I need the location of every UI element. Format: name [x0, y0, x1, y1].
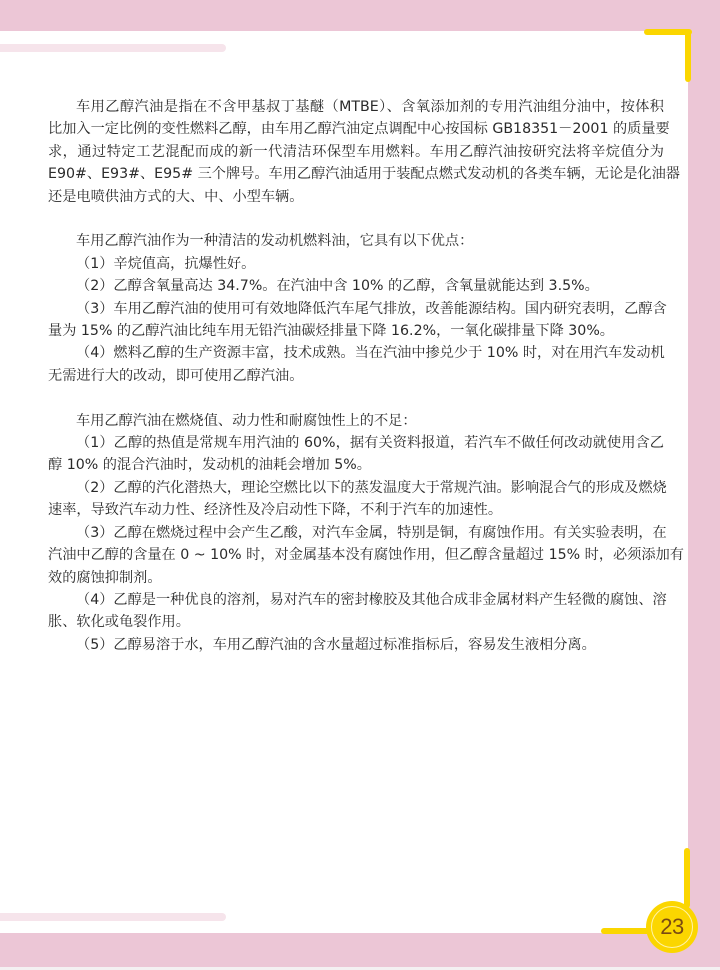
text-line: 求，通过特定工艺混配而成的新一代清洁环保型车用燃料。车用乙醇汽油按研究法将辛烷值…: [48, 141, 664, 163]
bottom-decorative-bar: [0, 913, 226, 921]
page-number: 23: [660, 914, 683, 940]
list-item: （2）乙醇的汽化潜热大，理论空燃比以下的蒸发温度大于常规汽油。影响混合气的形成及…: [48, 477, 664, 499]
text-line: E90#、E93#、E95# 三个牌号。车用乙醇汽油适用于装配点燃式发动机的各类…: [48, 163, 664, 185]
list-item-continued: 效的腐蚀抑制剂。: [48, 567, 664, 589]
top-frame-band: [0, 0, 720, 31]
list-item-continued: 速率，导致汽车动力性、经济性及冷启动性下降，不利于汽车的加速性。: [48, 499, 664, 521]
list-item-continued: 胀、软化或龟裂作用。: [48, 611, 664, 633]
paragraph-disadvantages: 车用乙醇汽油在燃烧值、动力性和耐腐蚀性上的不足： （1）乙醇的热值是常规车用汽油…: [48, 410, 664, 656]
section-intro: 车用乙醇汽油在燃烧值、动力性和耐腐蚀性上的不足：: [48, 410, 664, 432]
list-item-continued: 量为 15% 的乙醇汽油比纯车用无铅汽油碳烃排量下降 16.2%，一氧化碳排量下…: [48, 320, 664, 342]
text-line: 还是电喷供油方式的大、中、小型车辆。: [48, 186, 664, 208]
page-number-badge: 23: [646, 901, 698, 953]
list-item: （1）乙醇的热值是常规车用汽油的 60%，据有关资料报道，若汽车不做任何改动就使…: [48, 432, 664, 454]
corner-bracket-top-vertical: [685, 29, 691, 82]
list-item: （4）燃料乙醇的生产资源丰富，技术成熟。当在汽油中掺兑少于 10% 时，对在用汽…: [48, 342, 664, 364]
list-item: （1）辛烷值高，抗爆性好。: [48, 253, 664, 275]
text-line: 车用乙醇汽油是指在不含甲基叔丁基醚（MTBE）、含氧添加剂的专用汽油组分油中，按…: [48, 96, 664, 118]
top-decorative-bar: [0, 44, 226, 52]
paragraph-definition: 车用乙醇汽油是指在不含甲基叔丁基醚（MTBE）、含氧添加剂的专用汽油组分油中，按…: [48, 96, 664, 208]
list-item: （4）乙醇是一种优良的溶剂，易对汽车的密封橡胶及其他合成非金属材料产生轻微的腐蚀…: [48, 589, 664, 611]
list-item: （2）乙醇含氧量高达 34.7%。在汽油中含 10% 的乙醇，含氧量就能达到 3…: [48, 275, 664, 297]
paragraph-advantages: 车用乙醇汽油作为一种清洁的发动机燃料油，它具有以下优点： （1）辛烷值高，抗爆性…: [48, 230, 664, 387]
list-item: （3）乙醇在燃烧过程中会产生乙酸，对汽车金属，特别是铜，有腐蚀作用。有关实验表明…: [48, 522, 664, 544]
article-body: 车用乙醇汽油是指在不含甲基叔丁基醚（MTBE）、含氧添加剂的专用汽油组分油中，按…: [48, 96, 664, 679]
list-item-continued: 汽油中乙醇的含量在 0 ~ 10% 时，对金属基本没有腐蚀作用，但乙醇含量超过 …: [48, 544, 664, 566]
text-line: 比加入一定比例的变性燃料乙醇，由车用乙醇汽油定点调配中心按国标 GB18351－…: [48, 118, 664, 140]
page-number-ring: 23: [651, 906, 693, 948]
list-item: （5）乙醇易溶于水，车用乙醇汽油的含水量超过标准指标后，容易发生液相分离。: [48, 634, 664, 656]
bottom-frame-band: [0, 933, 720, 967]
corner-bracket-bottom-vertical: [684, 848, 690, 908]
list-item: （3）车用乙醇汽油的使用可有效地降低汽车尾气排放，改善能源结构。国内研究表明，乙…: [48, 298, 664, 320]
section-intro: 车用乙醇汽油作为一种清洁的发动机燃料油，它具有以下优点：: [48, 230, 664, 252]
list-item-continued: 醇 10% 的混合汽油时，发动机的油耗会增加 5%。: [48, 454, 664, 476]
list-item-continued: 无需进行大的改动，即可使用乙醇汽油。: [48, 365, 664, 387]
right-frame-band: [688, 0, 720, 970]
